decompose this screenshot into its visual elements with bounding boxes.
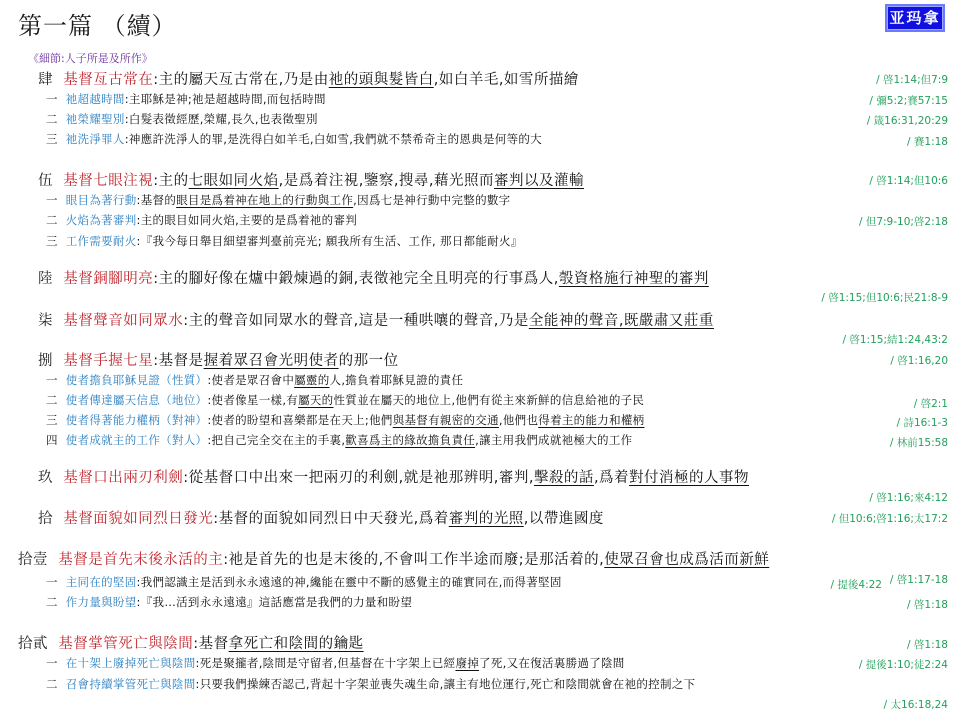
section-emphasis: 彀資格施行神聖的審判 xyxy=(559,271,709,287)
scripture-ref: / 啓1:15;但10:6;民21:8-9 xyxy=(821,290,948,305)
subpoint-text: ,因爲七是神行動中完整的數字 xyxy=(353,193,510,207)
section-heading: 基督亙古常在 xyxy=(63,72,153,88)
subpoint: 二 火焰為著審判:主的眼目如同火焰,主要的是爲着祂的審判 xyxy=(46,212,357,228)
subpoint-emphasis: 與基督有親密的交通 xyxy=(393,413,499,427)
section-10: 拾 基督面貌如同烈日發光:基督的面貌如同烈日中天發光,爲着審判的光照,以帶進國度 xyxy=(38,507,604,528)
scripture-ref: / 啓1:16,20 xyxy=(890,353,948,368)
subpoint: 二 作力量與盼望:『我…活到永永遠遠』這話應當是我們的力量和盼望 xyxy=(46,594,412,610)
subpoint-heading: 使者傳達屬天信息（地位） xyxy=(66,393,208,407)
section-heading: 基督是首先末後永活的主 xyxy=(58,552,223,568)
section-emphasis: 七眼如同火焰 xyxy=(189,173,279,189)
section-emphasis: 擊殺的話 xyxy=(534,470,594,486)
subpoint-heading: 工作需要耐火 xyxy=(66,234,137,248)
section-8: 捌 基督手握七星:基督是握着眾召會光明使者的那一位 xyxy=(38,349,399,370)
scripture-ref: / 賽1:18 xyxy=(907,134,948,149)
subpoint-text: :白髮表徵經歷,榮耀,長久,也表徵聖別 xyxy=(125,112,318,126)
scripture-ref: / 提後4:22 xyxy=(831,577,882,592)
subpoint-emphasis: 得着主的能力和權柄 xyxy=(538,413,644,427)
subpoint: 一 祂超越時間:主耶穌是神;祂是超越時間,而包括時間 xyxy=(46,91,326,107)
subpoint-heading: 祂洗淨罪人 xyxy=(66,132,125,146)
section-heading: 基督手握七星 xyxy=(63,353,153,369)
section-heading: 基督七眼注視 xyxy=(63,173,153,189)
subpoint-heading: 作力量與盼望 xyxy=(66,595,137,609)
page-title: 第一篇 （續） xyxy=(18,6,177,41)
subpoint-text: 了死,又在復活裏勝過了陰間 xyxy=(479,656,625,670)
subpoint: 一 使者擔負耶穌見證（性質）:使者是眾召會中屬靈的人,擔負着耶穌見證的責任 xyxy=(46,372,463,388)
scripture-ref: / 詩16:1-3 xyxy=(897,415,948,430)
subtitle: 《細節:人子所是及所作》 xyxy=(28,50,153,66)
subpoint-text: :我們認識主是活到永永遠遠的神,纔能在靈中不斷的感覺主的確實同在,而得著堅固 xyxy=(137,575,562,589)
subpoint: 三 祂洗淨罪人:神應許洗淨人的罪,是洗得白如羊毛,白如雪,我們就不禁希奇主的恩典… xyxy=(46,131,542,147)
section-number: 拾貳 xyxy=(18,636,48,652)
subpoint-text: :使者像星一樣,有 xyxy=(207,393,298,407)
subpoint-number: 一 xyxy=(46,575,58,589)
scripture-ref: / 箴16:31,20:29 xyxy=(867,113,948,128)
subpoint-text: 性質並在屬天的地位上,他們有從主來新鮮的信息給祂的子民 xyxy=(333,393,644,407)
section-text: :基督 xyxy=(193,636,228,652)
section-text: :主的屬天亙古常在,乃是由 xyxy=(153,72,329,88)
section-emphasis: 審判以及灌輸 xyxy=(494,173,584,189)
subpoint-number: 三 xyxy=(46,413,58,427)
section-6: 陸 基督銅腳明亮:主的腳好像在爐中鍛煉過的銅,表徵祂完全且明亮的行事爲人,彀資格… xyxy=(38,267,709,288)
section-emphasis: 拿死亡和陰間的鑰匙 xyxy=(229,636,364,652)
subpoint-heading: 使者得著能力權柄（對神） xyxy=(66,413,208,427)
section-text: ,如白羊毛,如雪所描繪 xyxy=(434,72,579,88)
subpoint-heading: 祂榮耀聖別 xyxy=(66,112,125,126)
subpoint-text: :使者是眾召會中 xyxy=(207,373,294,387)
subpoint-number: 二 xyxy=(46,213,58,227)
subpoint-number: 一 xyxy=(46,373,58,387)
section-9: 玖 基督口出兩刃利劍:從基督口中出來一把兩刃的利劍,就是祂那辨明,審判,擊殺的話… xyxy=(38,466,749,487)
section-emphasis: 握着眾召會光明使者 xyxy=(204,353,339,369)
section-heading: 基督口出兩刃利劍 xyxy=(63,470,183,486)
subpoint-number: 四 xyxy=(46,433,58,447)
subpoint: 二 祂榮耀聖別:白髮表徵經歷,榮耀,長久,也表徵聖別 xyxy=(46,111,318,127)
scripture-ref: / 啓1:18 xyxy=(907,597,948,612)
subpoint-emphasis: 眼目是爲着神在地上的行動與工作 xyxy=(176,193,353,207)
section-text: 的那一位 xyxy=(339,353,399,369)
section-text: :基督的面貌如同烈日中天發光,爲着 xyxy=(213,511,449,527)
section-heading: 基督聲音如同眾水 xyxy=(63,313,183,329)
scripture-ref: / 啓1:14;但7:9 xyxy=(876,72,948,87)
subpoint-emphasis: 屬天的 xyxy=(298,393,333,407)
section-number: 捌 xyxy=(38,353,53,369)
scripture-ref: / 啓1:17-18 xyxy=(890,572,948,587)
subpoint-text: :死是聚攏者,陰間是守留者,但基督在十字架上已經 xyxy=(196,656,456,670)
subpoint: 一 眼目為著行動:基督的眼目是爲着神在地上的行動與工作,因爲七是神行動中完整的數… xyxy=(46,192,510,208)
section-text: :主的聲音如同眾水的聲音,這是一種哄嚷的聲音,乃是 xyxy=(183,313,529,329)
scripture-ref: / 但7:9-10;啓2:18 xyxy=(859,214,948,229)
scripture-ref: / 林前15:58 xyxy=(890,435,948,450)
section-number: 拾 xyxy=(38,511,53,527)
section-text: :基督是 xyxy=(153,353,203,369)
subpoint: 一 主同在的堅固:我們認識主是活到永永遠遠的神,纔能在靈中不斷的感覺主的確實同在… xyxy=(46,574,562,590)
section-number: 柒 xyxy=(38,313,53,329)
section-emphasis: 祂的頭與髮皆白 xyxy=(329,72,434,88)
subpoint-text: 人,擔負着耶穌見證的責任 xyxy=(330,373,464,387)
subpoint-text: :主耶穌是神;祂是超越時間,而包括時間 xyxy=(125,92,326,106)
section-4: 肆 基督亙古常在:主的屬天亙古常在,乃是由祂的頭與髮皆白,如白羊毛,如雪所描繪 xyxy=(38,68,579,89)
section-emphasis: 使眾召會也成爲活而新鮮 xyxy=(604,552,769,568)
subpoint-text: ,他們也 xyxy=(499,413,538,427)
section-7: 柒 基督聲音如同眾水:主的聲音如同眾水的聲音,這是一種哄嚷的聲音,乃是全能神的聲… xyxy=(38,309,714,330)
section-text: :祂是首先的也是末後的,不會叫工作半途而廢;是那活着的, xyxy=(223,552,604,568)
subpoint-text: ,讓主用我們成就祂極大的工作 xyxy=(475,433,632,447)
section-heading: 基督掌管死亡與陰間 xyxy=(58,636,193,652)
scripture-ref: / 啓1:15;結1:24,43:2 xyxy=(843,332,949,347)
subpoint-number: 二 xyxy=(46,677,58,691)
subpoint-number: 一 xyxy=(46,92,58,106)
section-heading: 基督銅腳明亮 xyxy=(63,271,153,287)
section-text: ,是爲着注視,鑒察,搜尋,藉光照而 xyxy=(279,173,494,189)
section-emphasis: 審判的光照 xyxy=(449,511,524,527)
scripture-ref: / 彌5:2;賽57:15 xyxy=(869,93,948,108)
subpoint-heading: 主同在的堅固 xyxy=(66,575,137,589)
subpoint-number: 三 xyxy=(46,132,58,146)
subpoint-number: 二 xyxy=(46,393,58,407)
subpoint: 三 工作需要耐火:『我今每日舉目細望審判臺前亮光; 願我所有生活、工作, 那日都… xyxy=(46,233,523,249)
section-emphasis: 對付消極的人事物 xyxy=(629,470,749,486)
subpoint-heading: 火焰為著審判 xyxy=(66,213,137,227)
section-number: 肆 xyxy=(38,72,53,88)
section-text: :從基督口中出來一把兩刃的利劍,就是祂那辨明,審判, xyxy=(183,470,534,486)
section-12: 拾貳 基督掌管死亡與陰間:基督拿死亡和陰間的鑰匙 xyxy=(18,632,364,653)
subpoint-text: :使者的盼望和喜樂都是在天上;他們 xyxy=(207,413,392,427)
section-number: 拾壹 xyxy=(18,552,48,568)
section-heading: 基督面貌如同烈日發光 xyxy=(63,511,213,527)
subpoint-number: 二 xyxy=(46,595,58,609)
subpoint-text: :『我今每日舉目細望審判臺前亮光; 願我所有生活、工作, 那日都能耐火』 xyxy=(137,234,523,248)
subpoint-heading: 使者擔負耶穌見證（性質） xyxy=(66,373,208,387)
section-emphasis: 全能神的聲音,既嚴肅又莊重 xyxy=(529,313,714,329)
scripture-ref: / 太16:18,24 xyxy=(884,697,948,712)
section-number: 伍 xyxy=(38,173,53,189)
subpoint-heading: 在十架上廢掉死亡與陰間 xyxy=(66,656,196,670)
subpoint-number: 二 xyxy=(46,112,58,126)
subpoint-number: 三 xyxy=(46,234,58,248)
subpoint-text: :主的眼目如同火焰,主要的是爲着祂的審判 xyxy=(137,213,358,227)
subpoint-emphasis: 屬靈的 xyxy=(294,373,329,387)
scripture-ref: / 提後1:10;徒2:24 xyxy=(859,657,948,672)
section-text: :主的 xyxy=(153,173,188,189)
section-number: 玖 xyxy=(38,470,53,486)
subpoint-text: :只要我們操練否認己,背起十字架並喪失魂生命,讓主有地位運行,死亡和陰間就會在祂… xyxy=(196,677,696,691)
subpoint-number: 一 xyxy=(46,656,58,670)
subpoint-heading: 祂超越時間 xyxy=(66,92,125,106)
subpoint-heading: 召會持續掌管死亡與陰間 xyxy=(66,677,196,691)
subpoint-number: 一 xyxy=(46,193,58,207)
section-5: 伍 基督七眼注視:主的七眼如同火焰,是爲着注視,鑒察,搜尋,藉光照而審判以及灌輸 xyxy=(38,169,584,190)
scripture-ref: / 但10:6;啓1:16;太17:2 xyxy=(832,511,948,526)
brand-badge: 亚玛拿 xyxy=(885,4,945,32)
subpoint-text: :神應許洗淨人的罪,是洗得白如羊毛,白如雪,我們就不禁希奇主的恩典是何等的大 xyxy=(125,132,542,146)
subpoint: 一 在十架上廢掉死亡與陰間:死是聚攏者,陰間是守留者,但基督在十字架上已經廢掉了… xyxy=(46,655,625,671)
section-number: 陸 xyxy=(38,271,53,287)
subpoint-text: :基督的 xyxy=(137,193,177,207)
section-text: ,爲着 xyxy=(594,470,629,486)
section-11: 拾壹 基督是首先末後永活的主:祂是首先的也是末後的,不會叫工作半途而廢;是那活着… xyxy=(18,548,769,569)
subpoint-emphasis: 歡喜爲主的緣故擔負責任 xyxy=(345,433,475,447)
subpoint-text: :『我…活到永永遠遠』這話應當是我們的力量和盼望 xyxy=(137,595,413,609)
section-text: :主的腳好像在爐中鍛煉過的銅,表徵祂完全且明亮的行事爲人, xyxy=(153,271,559,287)
subpoint: 二 召會持續掌管死亡與陰間:只要我們操練否認己,背起十字架並喪失魂生命,讓主有地… xyxy=(46,676,695,692)
section-text: ,以帶進國度 xyxy=(524,511,604,527)
subpoint-heading: 使者成就主的工作（對人） xyxy=(66,433,208,447)
subpoint-heading: 眼目為著行動 xyxy=(66,193,137,207)
subpoint: 四 使者成就主的工作（對人）:把自己完全交在主的手裏,歡喜爲主的緣故擔負責任,讓… xyxy=(46,432,632,448)
scripture-ref: / 啓1:14;但10:6 xyxy=(869,173,948,188)
scripture-ref: / 啓2:1 xyxy=(914,396,948,411)
subpoint-emphasis: 廢掉 xyxy=(455,656,479,670)
scripture-ref: / 啓1:18 xyxy=(907,637,948,652)
subpoint: 三 使者得著能力權柄（對神）:使者的盼望和喜樂都是在天上;他們與基督有親密的交通… xyxy=(46,412,644,428)
subpoint: 二 使者傳達屬天信息（地位）:使者像星一樣,有屬天的性質並在屬天的地位上,他們有… xyxy=(46,392,644,408)
subpoint-text: :把自己完全交在主的手裏, xyxy=(207,433,345,447)
scripture-ref: / 啓1:16;來4:12 xyxy=(869,490,948,505)
